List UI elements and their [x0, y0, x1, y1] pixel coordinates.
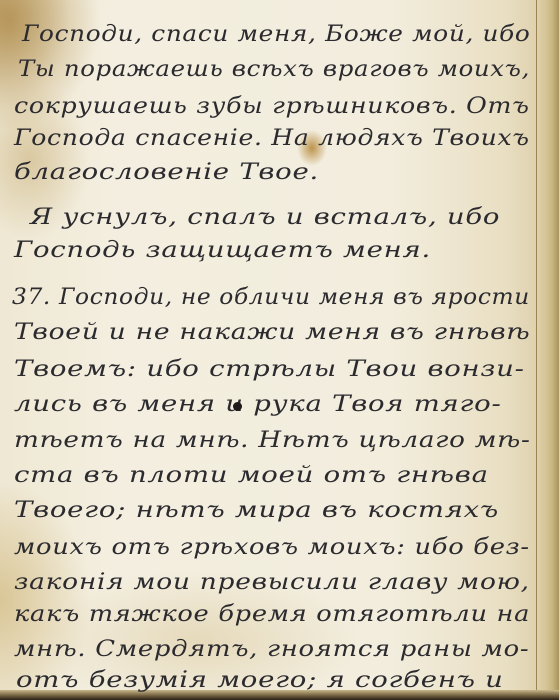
text-line: моихъ отъ грѣховъ моихъ: ибо без- — [14, 535, 530, 560]
text-line: законія мои превысили главу мою, — [14, 570, 530, 595]
text-line: Я уснулъ, спалъ и всталъ, ибо — [30, 205, 500, 230]
text-line: 37. Господи, не обличи меня въ ярости — [12, 285, 530, 310]
text-line: Твоемъ: ибо стрѣлы Твои вонзи- — [14, 357, 525, 382]
text-line: Твоего; нѣтъ мира въ костяхъ — [14, 498, 499, 523]
text-line: Господи, спаси меня, Боже мой, ибо — [22, 22, 530, 47]
text-line: тѣетъ на мнѣ. Нѣтъ цѣлаго мѣ- — [14, 428, 531, 453]
text-line: отъ безумія моего; я согбенъ и — [16, 668, 504, 693]
text-line: благословеніе Твое. — [14, 160, 319, 185]
handwritten-text: Господи, спаси меня, Боже мой, ибо Ты по… — [0, 0, 559, 700]
text-line: ста въ плоти моей отъ гнѣва — [14, 463, 489, 488]
text-line: какъ тяжкое бремя отяготѣли на — [14, 602, 530, 627]
text-line: лись въ меня и рука Твоя тяго- — [14, 392, 502, 417]
ink-blot — [233, 402, 242, 411]
text-line: Господь защищаетъ меня. — [14, 238, 431, 263]
text-line: Ты поражаешь всѣхъ враговъ моихъ, — [18, 57, 530, 82]
text-line: Господа спасеніе. На людяхъ Твоихъ — [14, 126, 530, 151]
manuscript-page: Господи, спаси меня, Боже мой, ибо Ты по… — [0, 0, 559, 700]
text-line: мнѣ. Смердятъ, гноятся раны мо- — [14, 637, 529, 662]
text-line: Твоей и не накажи меня въ гнѣвѣ — [14, 320, 530, 345]
text-line: сокрушаешь зубы грѣшниковъ. Отъ — [14, 94, 530, 119]
